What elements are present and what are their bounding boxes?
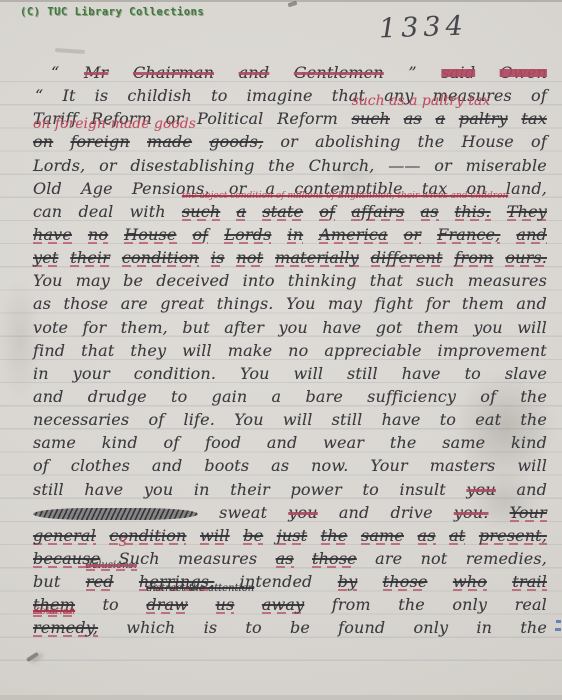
handwritten-line: themtodrawdistract the attentionusawayfr… xyxy=(33,595,547,618)
word: Reform xyxy=(277,109,338,128)
word: still xyxy=(332,410,363,429)
edited-word: is xyxy=(211,248,225,268)
word: not xyxy=(421,549,448,568)
word: of xyxy=(33,456,49,475)
word: suchsuch as a paltry tax xyxy=(352,109,390,128)
handwritten-line: butreddelusions.herrings,intendedbythose… xyxy=(33,572,547,595)
word: fight xyxy=(375,294,414,313)
word: the xyxy=(520,410,547,429)
word: that xyxy=(81,341,114,360)
word: onon foreign-made goods xyxy=(33,132,53,151)
word: be xyxy=(290,618,310,637)
word: their xyxy=(230,480,270,499)
word: deceived xyxy=(156,271,229,290)
word: are xyxy=(375,549,402,568)
edited-word: as xyxy=(418,526,436,546)
edited-word: will xyxy=(200,526,230,546)
pencil-mark xyxy=(26,652,39,662)
word: to xyxy=(440,410,456,429)
word: still xyxy=(347,364,378,383)
word: necessaries xyxy=(33,410,129,429)
edited-word: same xyxy=(361,526,404,546)
word: “ xyxy=(51,63,59,82)
handwritten-line: remedy,Solutionwhichistobefoundonlyinthe xyxy=(33,618,547,641)
word: no xyxy=(288,341,308,360)
handwritten-line: stillhaveyouintheirpowertoinsultyouand xyxy=(33,480,547,503)
word: to xyxy=(102,595,118,614)
word: kind xyxy=(102,433,138,452)
word: now. xyxy=(311,456,348,475)
word: the xyxy=(418,132,445,151)
handwritten-line: candealwithsuchthe abject condition of m… xyxy=(33,202,547,225)
edited-word: in xyxy=(287,225,303,245)
word: with xyxy=(130,202,166,221)
word: Owen xyxy=(500,63,547,82)
edited-word: their xyxy=(70,248,110,268)
word: make xyxy=(228,341,272,360)
edited-word: ours. xyxy=(505,248,547,268)
word: have xyxy=(402,364,441,383)
word: thinking xyxy=(288,271,357,290)
edited-word: materially xyxy=(275,248,359,268)
word: will xyxy=(293,364,323,383)
word: real xyxy=(515,595,547,614)
word: the xyxy=(398,595,425,614)
word: to xyxy=(211,86,227,105)
handwritten-line: havenoHouseofLordsinAmericaorFrance,and xyxy=(33,225,547,248)
word: is xyxy=(204,618,218,637)
ink-speck xyxy=(555,628,561,631)
edited-word: remedy,Solution xyxy=(33,618,98,638)
edited-word: you xyxy=(288,503,317,522)
scan-top-edge xyxy=(0,0,562,2)
word: into xyxy=(243,271,275,290)
word: after xyxy=(224,318,264,337)
word: and xyxy=(339,503,370,522)
word: only xyxy=(414,618,449,637)
word: your xyxy=(73,364,110,383)
edited-word: who xyxy=(453,572,487,592)
pencil-mark xyxy=(55,48,85,54)
edited-word: those xyxy=(383,572,428,592)
edited-word: as xyxy=(421,202,439,222)
word: deal xyxy=(78,202,113,221)
library-watermark: (C) TUC Library Collections xyxy=(20,6,204,18)
word: of xyxy=(480,387,496,406)
word: You xyxy=(286,294,316,313)
word: will xyxy=(182,341,212,360)
word: boots xyxy=(204,456,249,475)
handwritten-line: voteforthem,butafteryouhavegotthemyouwil… xyxy=(33,318,547,341)
word: and xyxy=(267,433,298,452)
handwritten-line: asthosearegreatthings.Youmayfightforthem… xyxy=(33,294,547,317)
word: goods, xyxy=(209,132,263,151)
word: a xyxy=(435,109,445,128)
interline-insertion: the abject condition of millions of Engl… xyxy=(182,192,508,201)
edited-word: Chairman xyxy=(133,63,214,82)
word: land, xyxy=(506,179,547,198)
word: you xyxy=(144,480,173,499)
word: drive xyxy=(390,503,432,522)
word: but xyxy=(33,572,60,591)
word: clothes xyxy=(71,456,130,475)
word: Age xyxy=(81,179,113,198)
word: such xyxy=(416,271,454,290)
word: got xyxy=(376,318,403,337)
handwritten-line: Lords,ordisestablishingtheChurch,——ormis… xyxy=(33,156,547,179)
edited-word: drawdistract the attention xyxy=(146,595,188,615)
word: same xyxy=(442,433,485,452)
word: House xyxy=(462,132,514,151)
edited-word: this. xyxy=(455,202,491,222)
word: only xyxy=(452,595,487,614)
interline-insertion: on foreign-made goods xyxy=(33,117,196,131)
edited-word: general xyxy=(33,526,96,546)
edited-word: yet xyxy=(33,248,58,268)
word: vote xyxy=(33,318,68,337)
handwritten-line: ofclothesandbootsasnow.Yourmasterswill xyxy=(33,456,547,479)
edited-word: of xyxy=(192,225,208,245)
word: or xyxy=(280,132,298,151)
word: made xyxy=(147,132,192,151)
edited-word: France, xyxy=(437,225,500,245)
word: condition. xyxy=(134,364,216,383)
edited-word: Mr xyxy=(84,63,108,82)
word: that xyxy=(370,271,403,290)
handwritten-line: sweatyouanddriveyou.Your xyxy=(33,503,547,526)
word: and xyxy=(33,387,64,406)
word: to xyxy=(465,364,481,383)
handwritten-line: samekindoffoodandwearthesamekind xyxy=(33,433,547,456)
edited-word: you. xyxy=(454,503,489,522)
edited-word: different xyxy=(371,248,443,268)
handwritten-line: “MrChairmanandGentlemen”saidOwen xyxy=(33,63,547,86)
word: from xyxy=(332,595,371,614)
interline-insertion: Solution xyxy=(33,607,75,618)
handwritten-line: inyourcondition.Youwillstillhavetoslave xyxy=(33,364,547,387)
word: said xyxy=(441,63,475,82)
word: eat xyxy=(475,410,501,429)
word: life. xyxy=(183,410,214,429)
word: find xyxy=(33,341,65,360)
word: a xyxy=(272,387,282,406)
word: You xyxy=(240,364,270,383)
handwritten-line: necessariesoflife.Youwillstillhavetoeatt… xyxy=(33,410,547,433)
word: Old xyxy=(33,179,62,198)
edited-word: as xyxy=(276,549,294,569)
edited-word: suchthe abject condition of millions of … xyxy=(182,202,220,222)
word: for xyxy=(426,294,450,313)
interline-insertion: distract the attention xyxy=(146,584,254,594)
edited-word: or xyxy=(404,225,422,245)
word: and xyxy=(516,294,547,313)
word: them xyxy=(462,294,504,313)
edited-word: and xyxy=(239,63,270,82)
handwritten-line: yettheirconditionisnotmateriallydifferen… xyxy=(33,248,547,271)
word: great xyxy=(160,294,204,313)
word: things. xyxy=(217,294,274,313)
word: or xyxy=(434,156,452,175)
word: in xyxy=(33,364,49,383)
word: to xyxy=(363,480,379,499)
edited-word: trail xyxy=(512,572,547,592)
page-number: 1334 xyxy=(379,10,469,44)
edited-word: us xyxy=(216,595,235,615)
word: abolishing xyxy=(315,132,400,151)
edited-word: those xyxy=(312,549,357,569)
edited-word: affairs xyxy=(351,202,404,222)
word: is xyxy=(95,86,109,105)
word: slave xyxy=(505,364,547,383)
word: insult xyxy=(399,480,445,499)
handwritten-line: findthattheywillmakenoappreciableimprove… xyxy=(33,341,547,364)
edited-word: House xyxy=(124,225,176,245)
word: will xyxy=(517,456,547,475)
word: as xyxy=(33,294,51,313)
edited-word: condition xyxy=(122,248,199,268)
edited-word: no xyxy=(88,225,108,245)
word: the xyxy=(520,387,547,406)
ink-speck xyxy=(556,620,561,623)
word: gain xyxy=(212,387,248,406)
edited-word: be xyxy=(243,526,263,546)
interline-insertion: such as a paltry tax xyxy=(352,94,491,108)
edited-word: you xyxy=(466,480,495,499)
word: the xyxy=(390,433,417,452)
word: but xyxy=(182,318,209,337)
word: those xyxy=(64,294,109,313)
word: found xyxy=(338,618,385,637)
edited-word: at xyxy=(449,526,465,546)
word: miserable xyxy=(466,156,547,175)
word: Church, xyxy=(309,156,375,175)
word: the xyxy=(268,156,295,175)
word: to xyxy=(245,618,261,637)
word: wear xyxy=(323,433,364,452)
word: for xyxy=(83,318,107,337)
word: disestablishing xyxy=(130,156,254,175)
word: will xyxy=(283,410,313,429)
word: of xyxy=(531,86,547,105)
word: food xyxy=(205,433,241,452)
word: them xyxy=(417,318,459,337)
word: measures xyxy=(468,271,547,290)
word: “ xyxy=(35,86,43,105)
edited-word: Lords xyxy=(224,225,271,245)
handwritten-line: Youmaybedeceivedintothinkingthatsuchmeas… xyxy=(33,271,547,294)
edited-word: reddelusions. xyxy=(86,572,114,592)
word: as xyxy=(404,109,422,128)
word: paltry xyxy=(459,109,508,128)
word: childish xyxy=(127,86,192,105)
word: improvement xyxy=(438,341,547,360)
word: in xyxy=(194,480,210,499)
word: may xyxy=(76,271,110,290)
word: as xyxy=(271,456,289,475)
scan-bottom-edge xyxy=(0,695,562,700)
word: still xyxy=(33,480,64,499)
edited-word: a xyxy=(236,202,246,222)
word: sufficiency xyxy=(367,387,456,406)
edited-word: and xyxy=(516,225,547,245)
edited-word: America xyxy=(319,225,388,245)
word: measures xyxy=(178,549,257,568)
word: masters xyxy=(430,456,496,475)
word: will xyxy=(517,318,547,337)
word: and xyxy=(516,480,547,499)
word: —— xyxy=(388,156,420,175)
word: Your xyxy=(370,456,407,475)
word: kind xyxy=(511,433,547,452)
word: or xyxy=(99,156,117,175)
edited-word: have xyxy=(33,225,72,245)
word: them, xyxy=(121,318,168,337)
word: foreign xyxy=(70,132,129,151)
word: to xyxy=(171,387,187,406)
word: tax xyxy=(521,109,546,128)
edited-word: not xyxy=(236,248,263,268)
word: drudge xyxy=(88,387,147,406)
word: are xyxy=(121,294,148,313)
word: You xyxy=(33,271,63,290)
word: can xyxy=(33,202,62,221)
handwritten-line: generalconditionwillbejustthesameasatpre… xyxy=(33,526,547,549)
word: have xyxy=(322,318,361,337)
scanned-page-background: (C) TUC Library Collections 1334 “MrChai… xyxy=(0,0,562,700)
edited-word: Gentlemen xyxy=(294,63,384,82)
interline-insertion: delusions. xyxy=(86,561,137,572)
manuscript-lines: “MrChairmanandGentlemen”saidOwen“Itischi… xyxy=(33,63,547,642)
edited-word: of xyxy=(319,202,335,222)
word: Political xyxy=(197,109,264,128)
word: in xyxy=(476,618,492,637)
word: you xyxy=(278,318,307,337)
word: they xyxy=(130,341,166,360)
edited-word: away xyxy=(262,595,304,615)
word: remedies, xyxy=(466,549,547,568)
word: have xyxy=(382,410,421,429)
word: Lords, xyxy=(33,156,85,175)
interline-insertion: S xyxy=(119,536,127,548)
word: ” xyxy=(408,63,416,82)
word: you xyxy=(473,318,502,337)
edited-word: present, xyxy=(479,526,547,546)
scribble-obliteration xyxy=(33,508,198,520)
word: be xyxy=(123,271,143,290)
word: same xyxy=(33,433,76,452)
word: have xyxy=(84,480,123,499)
word: of xyxy=(163,433,179,452)
word: which xyxy=(126,618,175,637)
edited-word: from xyxy=(454,248,493,268)
word: the xyxy=(520,618,547,637)
handwritten-line: anddrudgetogainabaresufficiencyofthe xyxy=(33,387,547,410)
edited-word: state xyxy=(262,202,303,222)
handwritten-line: onon foreign-made goodsforeignmadegoods,… xyxy=(33,132,547,155)
word: and xyxy=(152,456,183,475)
edited-word: Your xyxy=(510,503,547,523)
edited-word: by xyxy=(338,572,358,592)
word: may xyxy=(328,294,362,313)
word: power xyxy=(290,480,341,499)
edited-word: the xyxy=(321,526,348,546)
word: of xyxy=(148,410,164,429)
word: sweat xyxy=(219,503,267,522)
word: of xyxy=(531,132,547,151)
word: bare xyxy=(305,387,343,406)
word: imagine xyxy=(247,86,313,105)
word: You xyxy=(234,410,264,429)
word: appreciable xyxy=(324,341,421,360)
word: It xyxy=(62,86,75,105)
edited-word: just xyxy=(277,526,308,546)
edited-word: They xyxy=(507,202,547,222)
